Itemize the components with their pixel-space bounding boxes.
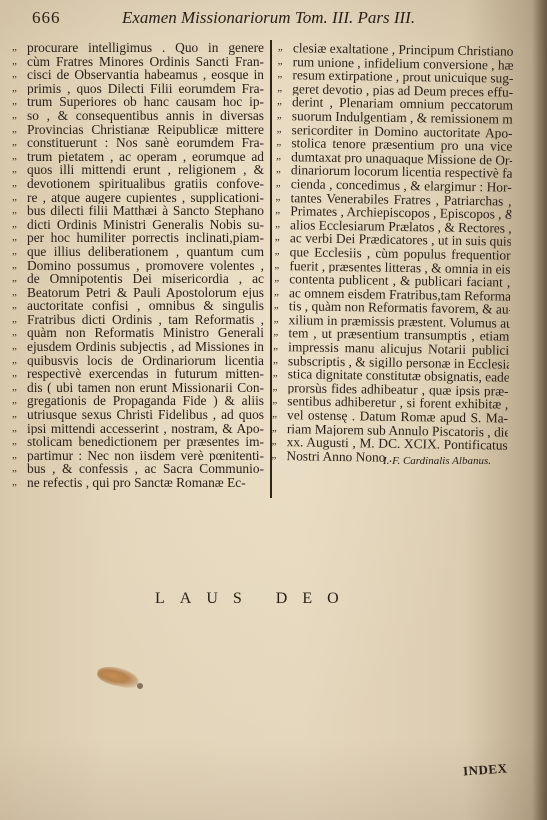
quote-mark: „	[12, 381, 27, 395]
text-line: „quàm non Reformatis Ministro Generali	[12, 326, 264, 340]
quote-mark: „	[273, 367, 288, 381]
quote-mark: „	[12, 408, 27, 422]
quote-mark: „	[274, 272, 289, 286]
text-line: „ejusdem Ordinis subjectis , ad Missione…	[12, 340, 264, 354]
quote-mark: „	[277, 82, 292, 96]
quote-mark: „	[12, 245, 27, 259]
text-line: „stolicam benedictionem per præsentes im…	[12, 435, 264, 449]
catchword: INDEX	[462, 760, 507, 779]
text-line: „devotionem spiritualibus gratiis confov…	[12, 177, 264, 191]
signature: I. F. Cardinalis Albanus.	[383, 455, 491, 467]
quote-mark: „	[12, 259, 27, 273]
quote-mark: „	[274, 258, 289, 272]
text-line: „dis ( ubi tamen non erunt Missionarii C…	[12, 381, 264, 395]
line-text: ipsi mittendi accesserint , nostram, & A…	[27, 422, 264, 436]
running-title: Examen Missionariorum Tom. III. Pars III…	[122, 8, 415, 28]
line-text: devotionem spiritualibus gratiis confove…	[27, 177, 264, 191]
line-text: Fratribus dicti Ordinis , tam Reformatis…	[27, 313, 264, 327]
quote-mark: „	[274, 299, 289, 313]
quote-mark: „	[12, 286, 27, 300]
line-text: gregationis de Propaganda Fide ) & aliis	[27, 394, 264, 408]
quote-mark: „	[12, 435, 27, 449]
quote-mark: „	[276, 150, 291, 164]
quote-mark: „	[272, 435, 287, 449]
text-line: „Beatorum Petri & Pauli Apostolorum ejus	[12, 286, 264, 300]
quote-mark: „	[12, 41, 27, 55]
line-text: respectivè exercendas in futurum mitten-	[27, 367, 264, 381]
quote-mark: „	[277, 68, 292, 82]
quote-mark: „	[12, 163, 27, 177]
line-text: ne refectis , qui pro Sanctæ Romanæ Ec-	[27, 476, 264, 490]
quote-mark: „	[12, 272, 27, 286]
quote-mark: „	[273, 340, 288, 354]
line-text: que illius deliberationem , quantum cum	[27, 245, 264, 259]
quote-mark: „	[12, 82, 27, 96]
quote-mark: „	[276, 177, 291, 191]
quote-mark: „	[271, 449, 286, 463]
quote-mark: „	[12, 326, 27, 340]
quote-mark: „	[12, 476, 27, 490]
line-text: dis ( ubi tamen non erunt Missionarii Co…	[27, 381, 264, 395]
line-text: stolicam benedictionem per præsentes im-	[27, 435, 264, 449]
text-line: „primis , quos Dilecti Filii eorumdem Fr…	[12, 82, 264, 96]
line-text: utriusque sexus Christi Fidelibus , ad q…	[27, 408, 264, 422]
quote-mark: „	[273, 354, 288, 368]
paper-stain-dot	[137, 683, 143, 689]
line-text: partimur : Nec non iisdem verè pœnitenti…	[27, 449, 264, 463]
text-line: „so , & consequentibus annis in diversas	[12, 109, 264, 123]
line-text: ejusdem Ordinis subjectis , ad Missiones…	[27, 340, 264, 354]
quote-mark: „	[12, 218, 27, 232]
text-line: „quos illi mittendi erunt , religionem ,…	[12, 163, 264, 177]
quote-mark: „	[12, 394, 27, 408]
quote-mark: „	[12, 191, 27, 205]
line-text: primis , quos Dilecti Filii eorumdem Fra…	[27, 82, 264, 96]
quote-mark: „	[12, 313, 27, 327]
book-page: 666 Examen Missionariorum Tom. III. Pars…	[0, 0, 547, 820]
quote-mark: „	[12, 340, 27, 354]
line-text: re , atque augere cupientes , supplicati…	[27, 191, 264, 205]
quote-mark: „	[278, 41, 293, 55]
line-text: dicti Ordinis Ministri Generalis Nobis s…	[27, 218, 264, 232]
line-text: quos illi mittendi erunt , religionem , …	[27, 163, 264, 177]
quote-mark: „	[12, 367, 27, 381]
left-column: „procurare intelligimus . Quo in genere„…	[12, 41, 264, 490]
quote-mark: „	[12, 422, 27, 436]
quote-mark: „	[275, 231, 290, 245]
line-text: Domino possumus , promovere volentes ,	[27, 259, 264, 273]
laus-deo-heading: LAUS DEO	[155, 590, 354, 608]
line-text: quàm non Reformatis Ministro Generali	[27, 326, 264, 340]
quote-mark: „	[12, 109, 27, 123]
text-line: „auctoritate confisi , omnibus & singuli…	[12, 299, 264, 313]
text-line: „respectivè exercendas in futurum mitten…	[12, 367, 264, 381]
page-number: 666	[32, 8, 61, 28]
line-text: trum pietatem , ac operam , eorumque ad	[27, 150, 264, 164]
text-line: „trum pietatem , ac operam , eorumque ad	[12, 150, 264, 164]
right-column: „clesiæ exaltatione , Principum Christia…	[271, 41, 514, 466]
text-line: „per hoc humiliter porrectis inclinati,p…	[12, 231, 264, 245]
page-edge-shadow	[533, 0, 547, 820]
text-line: „re , atque augere cupientes , supplicat…	[12, 191, 264, 205]
quote-mark: „	[278, 55, 293, 69]
text-line: „dicti Ordinis Ministri Generalis Nobis …	[12, 218, 264, 232]
quote-mark: „	[12, 123, 27, 137]
quote-mark: „	[276, 163, 291, 177]
text-line: „cùm Fratres Minores Ordinis Sancti Fran…	[12, 55, 264, 69]
line-text: cùm Fratres Minores Ordinis Sancti Fran-	[27, 55, 264, 69]
quote-mark: „	[12, 449, 27, 463]
quote-mark: „	[274, 313, 289, 327]
line-text: quibusvis locis de Ordinariorum licentia	[27, 354, 264, 368]
line-text: de Omnipotentis Dei misericordia , ac	[27, 272, 264, 286]
quote-mark: „	[277, 123, 292, 137]
text-line: „Provincias Christianæ Reipublicæ mitter…	[12, 123, 264, 137]
quote-mark: „	[275, 204, 290, 218]
quote-mark: „	[12, 136, 27, 150]
text-line: „procurare intelligimus . Quo in genere	[12, 41, 264, 55]
text-line: „trum Superiores ob hanc causam hoc ip-	[12, 95, 264, 109]
quote-mark: „	[12, 55, 27, 69]
quote-mark: „	[12, 95, 27, 109]
text-line: „bus dilecti filii Matthæi à Sancto Step…	[12, 204, 264, 218]
paper-stain	[96, 664, 141, 690]
line-text: Provincias Christianæ Reipublicæ mittere	[27, 123, 264, 137]
text-line: „bus , & confessis , ac Sacra Communio-	[12, 462, 264, 476]
quote-mark: „	[277, 95, 292, 109]
text-line: „partimur : Nec non iisdem verè pœnitent…	[12, 449, 264, 463]
line-text: cisci de Observantia habeamus , eosque i…	[27, 68, 264, 82]
quote-mark: „	[12, 204, 27, 218]
quote-mark: „	[12, 68, 27, 82]
page-header: 666 Examen Missionariorum Tom. III. Pars…	[32, 8, 512, 30]
quote-mark: „	[12, 150, 27, 164]
quote-mark: „	[277, 109, 292, 123]
line-text: per hoc humiliter porrectis inclinati,pi…	[27, 231, 264, 245]
line-text: Beatorum Petri & Pauli Apostolorum ejus	[27, 286, 264, 300]
text-line: „Fratribus dicti Ordinis , tam Reformati…	[12, 313, 264, 327]
quote-mark: „	[275, 245, 290, 259]
line-text: trum Superiores ob hanc causam hoc ip-	[27, 95, 264, 109]
quote-mark: „	[273, 326, 288, 340]
text-line: „utriusque sexus Christi Fidelibus , ad …	[12, 408, 264, 422]
quote-mark: „	[275, 191, 290, 205]
quote-mark: „	[276, 136, 291, 150]
quote-mark: „	[12, 462, 27, 476]
line-text: procurare intelligimus . Quo in genere	[27, 41, 264, 55]
text-line: „ipsi mittendi accesserint , nostram, & …	[12, 422, 264, 436]
text-line: „cisci de Observantia habeamus , eosque …	[12, 68, 264, 82]
quote-mark: „	[12, 299, 27, 313]
quote-mark: „	[272, 422, 287, 436]
line-text: constituerunt : Nos sanè eorumdem Fra-	[27, 136, 264, 150]
quote-mark: „	[274, 286, 289, 300]
text-line: „que illius deliberationem , quantum cum	[12, 245, 264, 259]
text-line: „Domino possumus , promovere volentes ,	[12, 259, 264, 273]
line-text: so , & consequentibus annis in diversas	[27, 109, 264, 123]
line-text: bus , & confessis , ac Sacra Communio-	[27, 462, 264, 476]
quote-mark: „	[272, 408, 287, 422]
text-line: „de Omnipotentis Dei misericordia , ac	[12, 272, 264, 286]
quote-mark: „	[275, 218, 290, 232]
text-line: „constituerunt : Nos sanè eorumdem Fra-	[12, 136, 264, 150]
quote-mark: „	[272, 394, 287, 408]
quote-mark: „	[272, 381, 287, 395]
quote-mark: „	[12, 177, 27, 191]
quote-mark: „	[12, 354, 27, 368]
quote-mark: „	[12, 231, 27, 245]
text-line: „quibusvis locis de Ordinariorum licenti…	[12, 354, 264, 368]
line-text: bus dilecti filii Matthæi à Sancto Steph…	[27, 204, 264, 218]
text-line: „ne refectis , qui pro Sanctæ Romanæ Ec-	[12, 476, 264, 490]
line-text: auctoritate confisi , omnibus & singulis	[27, 299, 264, 313]
text-line: „gregationis de Propaganda Fide ) & alii…	[12, 394, 264, 408]
